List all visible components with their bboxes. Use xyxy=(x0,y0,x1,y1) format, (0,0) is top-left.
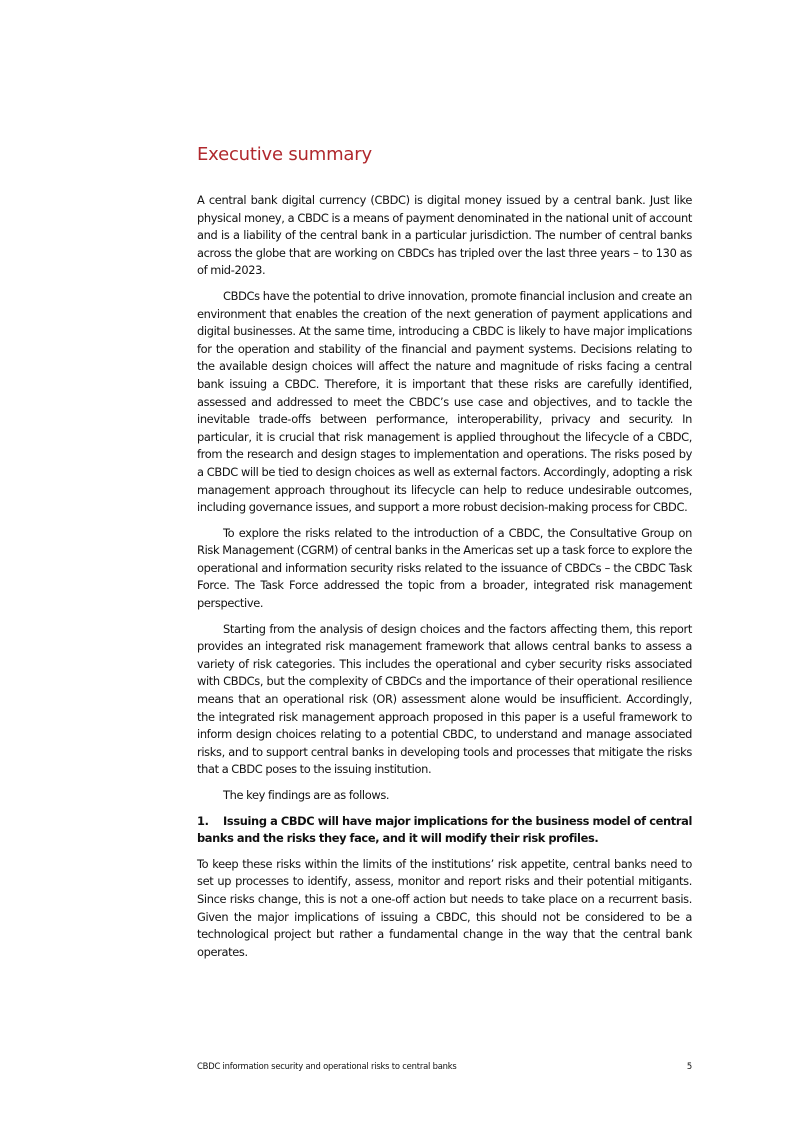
section-heading: Executive summary xyxy=(197,144,372,165)
finding-1-text: To keep these risks within the limits of… xyxy=(197,856,692,962)
page-number: 5 xyxy=(687,1061,692,1071)
paragraph-potential: CBDCs have the potential to drive innova… xyxy=(197,288,692,517)
paragraph-key-findings-intro: The key findings are as follows. xyxy=(197,787,692,805)
footer-title: CBDC information security and operationa… xyxy=(197,1061,457,1071)
finding-title-text: Issuing a CBDC will have major implicati… xyxy=(197,814,692,846)
page-footer: CBDC information security and operationa… xyxy=(197,1061,692,1071)
finding-1-title: 1.Issuing a CBDC will have major implica… xyxy=(197,813,692,848)
paragraph-task-force: To explore the risks related to the intr… xyxy=(197,525,692,613)
section-body: A central bank digital currency (CBDC) i… xyxy=(197,192,692,969)
paragraph-framework: Starting from the analysis of design cho… xyxy=(197,621,692,779)
paragraph-intro: A central bank digital currency (CBDC) i… xyxy=(197,192,692,280)
finding-number: 1. xyxy=(197,813,223,831)
